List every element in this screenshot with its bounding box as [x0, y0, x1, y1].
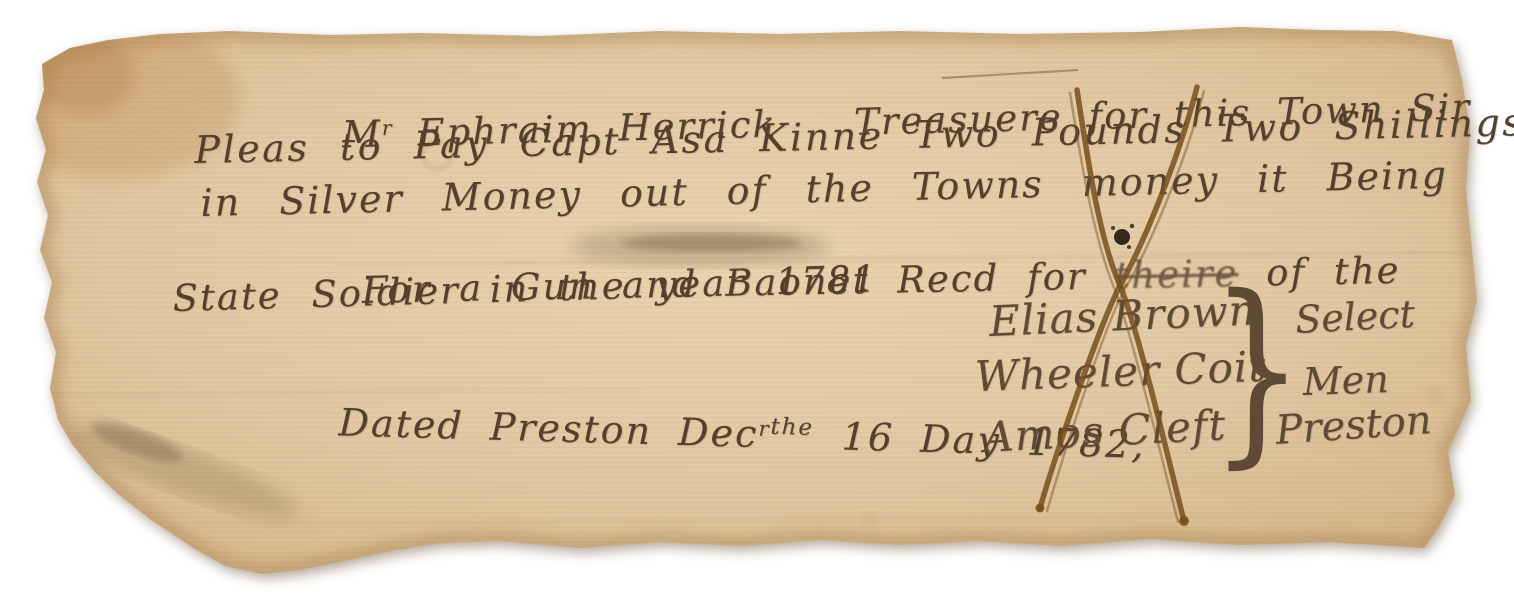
- document-scan: Mr Ephraim Herrick Treasuere for this To…: [0, 0, 1514, 600]
- handwriting-layer: Mr Ephraim Herrick Treasuere for this To…: [0, 0, 1514, 600]
- the-superscript: the: [770, 414, 814, 441]
- selectmen-label-men: Men: [1302, 357, 1389, 404]
- date-line-pre: Dated Preston Dec: [338, 400, 759, 456]
- selectmen-label-preston: Preston: [1274, 397, 1433, 454]
- dec-superscript: r: [758, 417, 769, 441]
- selectmen-label-select: Select: [1294, 292, 1416, 342]
